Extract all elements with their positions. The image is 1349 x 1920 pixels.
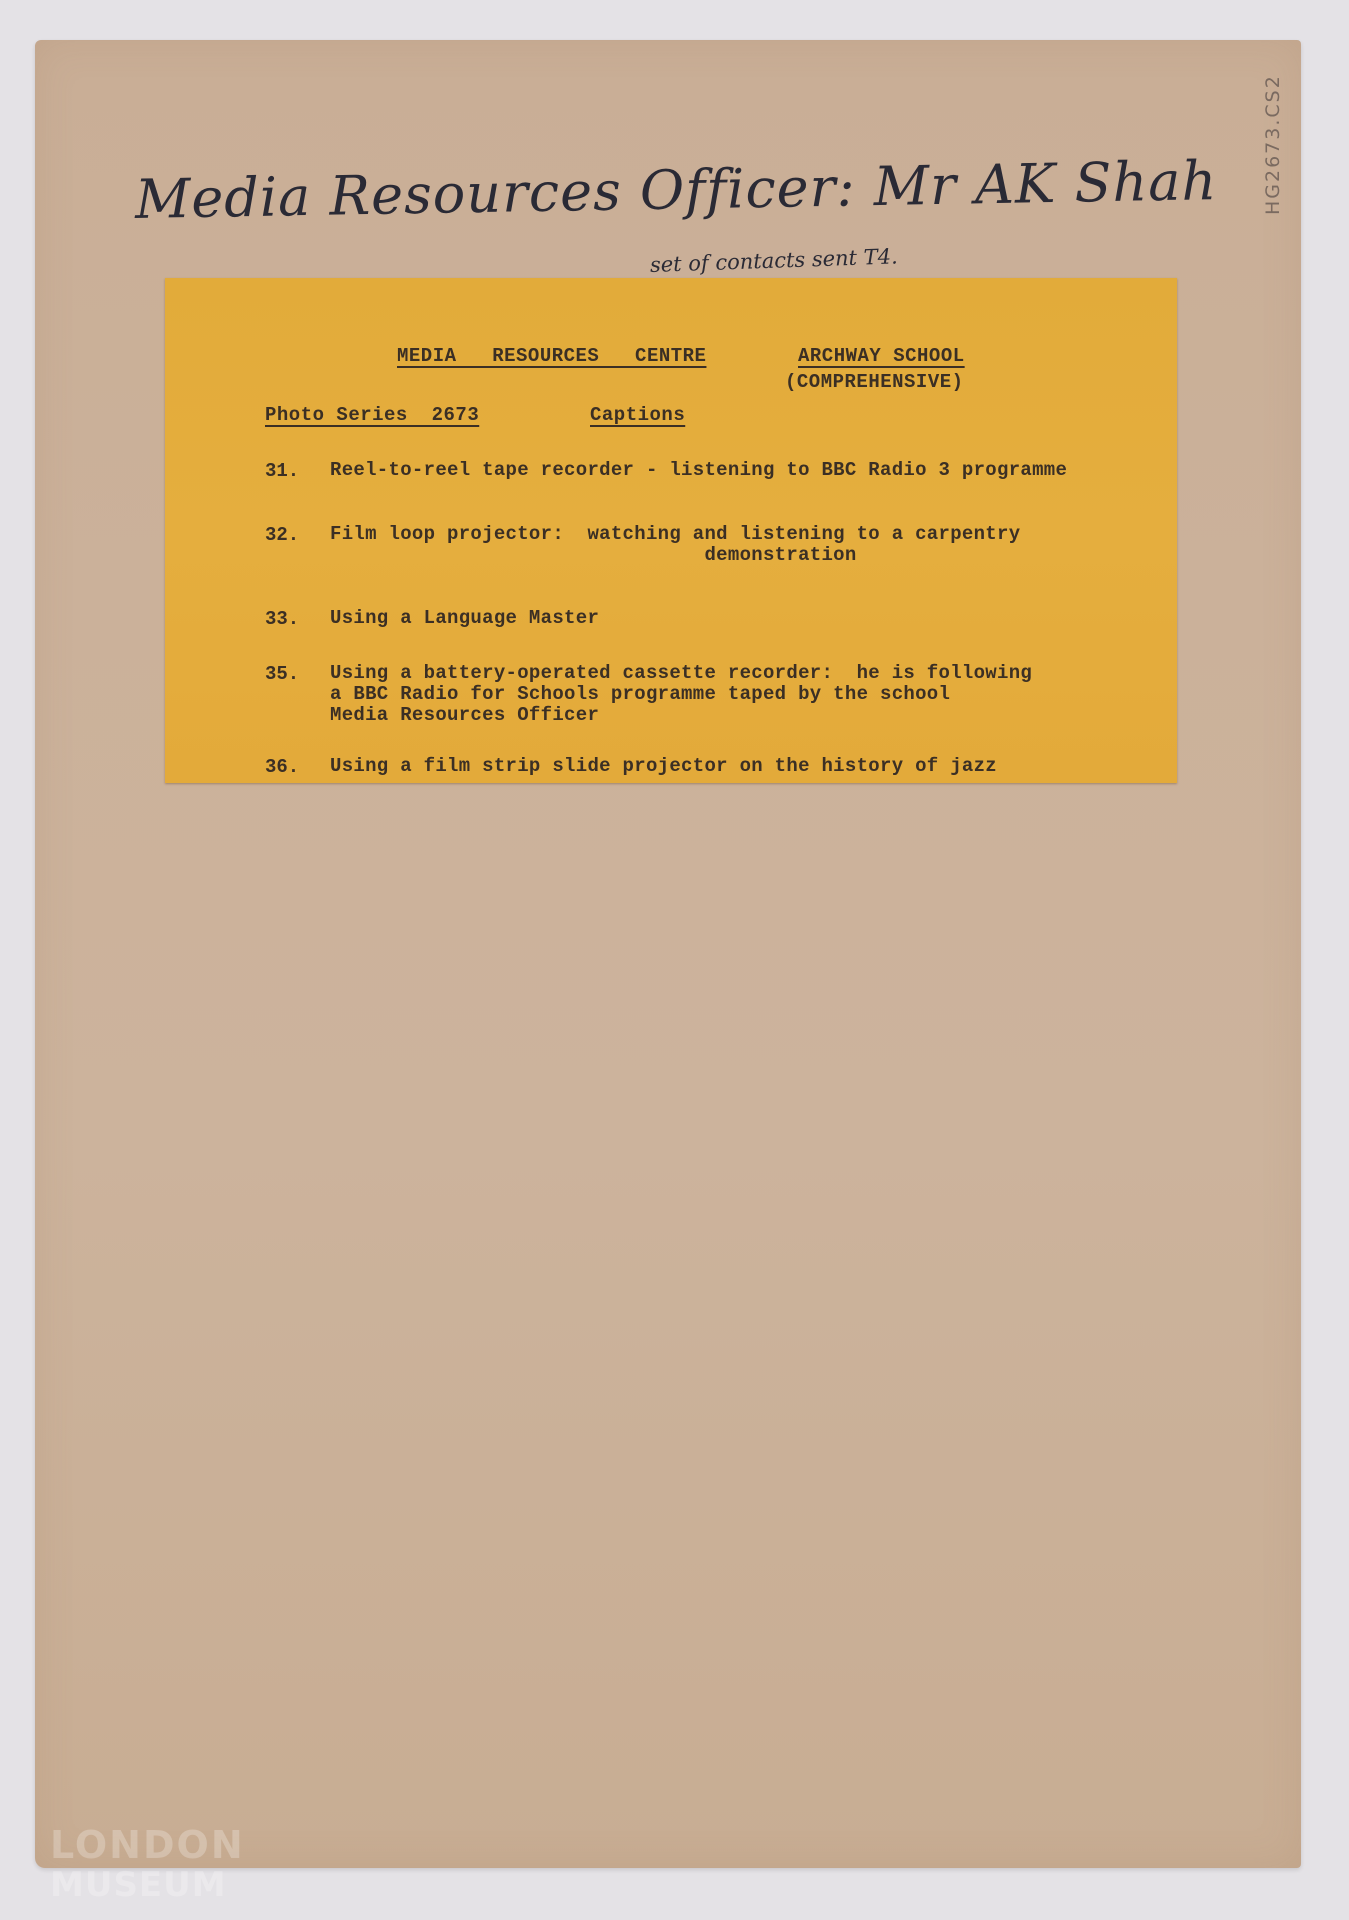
accession-number: HG2673.CS2 — [1262, 74, 1284, 215]
caption-text: Using a film strip slide projector on th… — [330, 756, 997, 777]
watermark-line-1: LONDON — [50, 1825, 245, 1865]
captions-label: Captions — [590, 404, 685, 426]
caption-slip: MEDIA RESOURCES CENTRE ARCHWAY SCHOOL (C… — [165, 278, 1177, 783]
caption-text: Using a Language Master — [330, 608, 599, 629]
caption-text: Reel-to-reel tape recorder - listening t… — [330, 460, 1067, 481]
caption-number: 36. — [265, 756, 299, 778]
caption-number: 35. — [265, 663, 299, 685]
caption-number: 32. — [265, 524, 299, 546]
slip-header-right-sub: (COMPREHENSIVE) — [785, 371, 964, 393]
watermark-line-2: MUSEUM — [50, 1865, 245, 1905]
museum-watermark: LONDON MUSEUM — [50, 1825, 245, 1905]
slip-header-right: ARCHWAY SCHOOL — [798, 345, 965, 367]
caption-text: Film loop projector: watching and listen… — [330, 524, 1020, 566]
caption-number: 33. — [265, 608, 299, 630]
series-label: Photo Series 2673 — [265, 404, 479, 426]
slip-header-left: MEDIA RESOURCES CENTRE — [397, 345, 706, 367]
caption-number: 31. — [265, 460, 299, 482]
caption-text: Using a battery-operated cassette record… — [330, 663, 1032, 726]
